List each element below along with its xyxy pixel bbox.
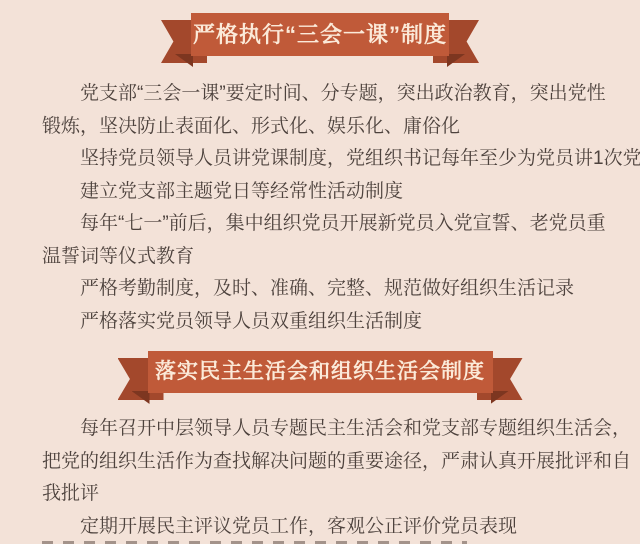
body-line: 每年“七一”前后，集中组织党员开展新党员入党宣誓、老党员重	[42, 208, 614, 241]
body-line: 每年召开中层领导人员专题民主生活会和党支部专题组织生活会，	[42, 413, 614, 446]
body-line: 严格考勤制度，及时、准确、完整、规范做好组织生活记录	[42, 273, 614, 306]
body-line: 锻炼，坚决防止表面化、形式化、娱乐化、庸俗化	[42, 111, 614, 144]
body-line: 严格落实党员领导人员双重组织生活制度	[42, 306, 614, 339]
body-line: 温誓词等仪式教育	[42, 241, 614, 274]
body-line: 建立党支部主题党日等经常性活动制度	[42, 176, 614, 209]
body-line: 党支部“三会一课”要定时间、分专题，突出政治教育，突出党性	[42, 78, 614, 111]
section1-body: 党支部“三会一课”要定时间、分专题，突出政治教育，突出党性 锻炼，坚决防止表面化…	[0, 78, 640, 338]
body-line: 坚持党员领导人员讲党课制度，党组织书记每年至少为党员讲1次党课	[42, 143, 614, 176]
section1-ribbon: 严格执行“三会一课”制度	[191, 13, 449, 56]
slide-page: 严格执行“三会一课”制度 党支部“三会一课”要定时间、分专题，突出政治教育，突出…	[0, 0, 640, 544]
body-line: 定期开展民主评议党员工作，客观公正评价党员表现	[42, 511, 614, 544]
section2-ribbon: 落实民主生活会和组织生活会制度	[148, 351, 493, 393]
section2-title: 落实民主生活会和组织生活会制度	[148, 351, 493, 393]
body-line: 我批评	[42, 478, 614, 511]
section2-body: 每年召开中层领导人员专题民主生活会和党支部专题组织生活会， 把党的组织生活作为查…	[0, 413, 640, 543]
section1-title: 严格执行“三会一课”制度	[191, 13, 449, 56]
body-line: 把党的组织生活作为查找解决问题的重要途径，严肃认真开展批评和自	[42, 446, 614, 479]
